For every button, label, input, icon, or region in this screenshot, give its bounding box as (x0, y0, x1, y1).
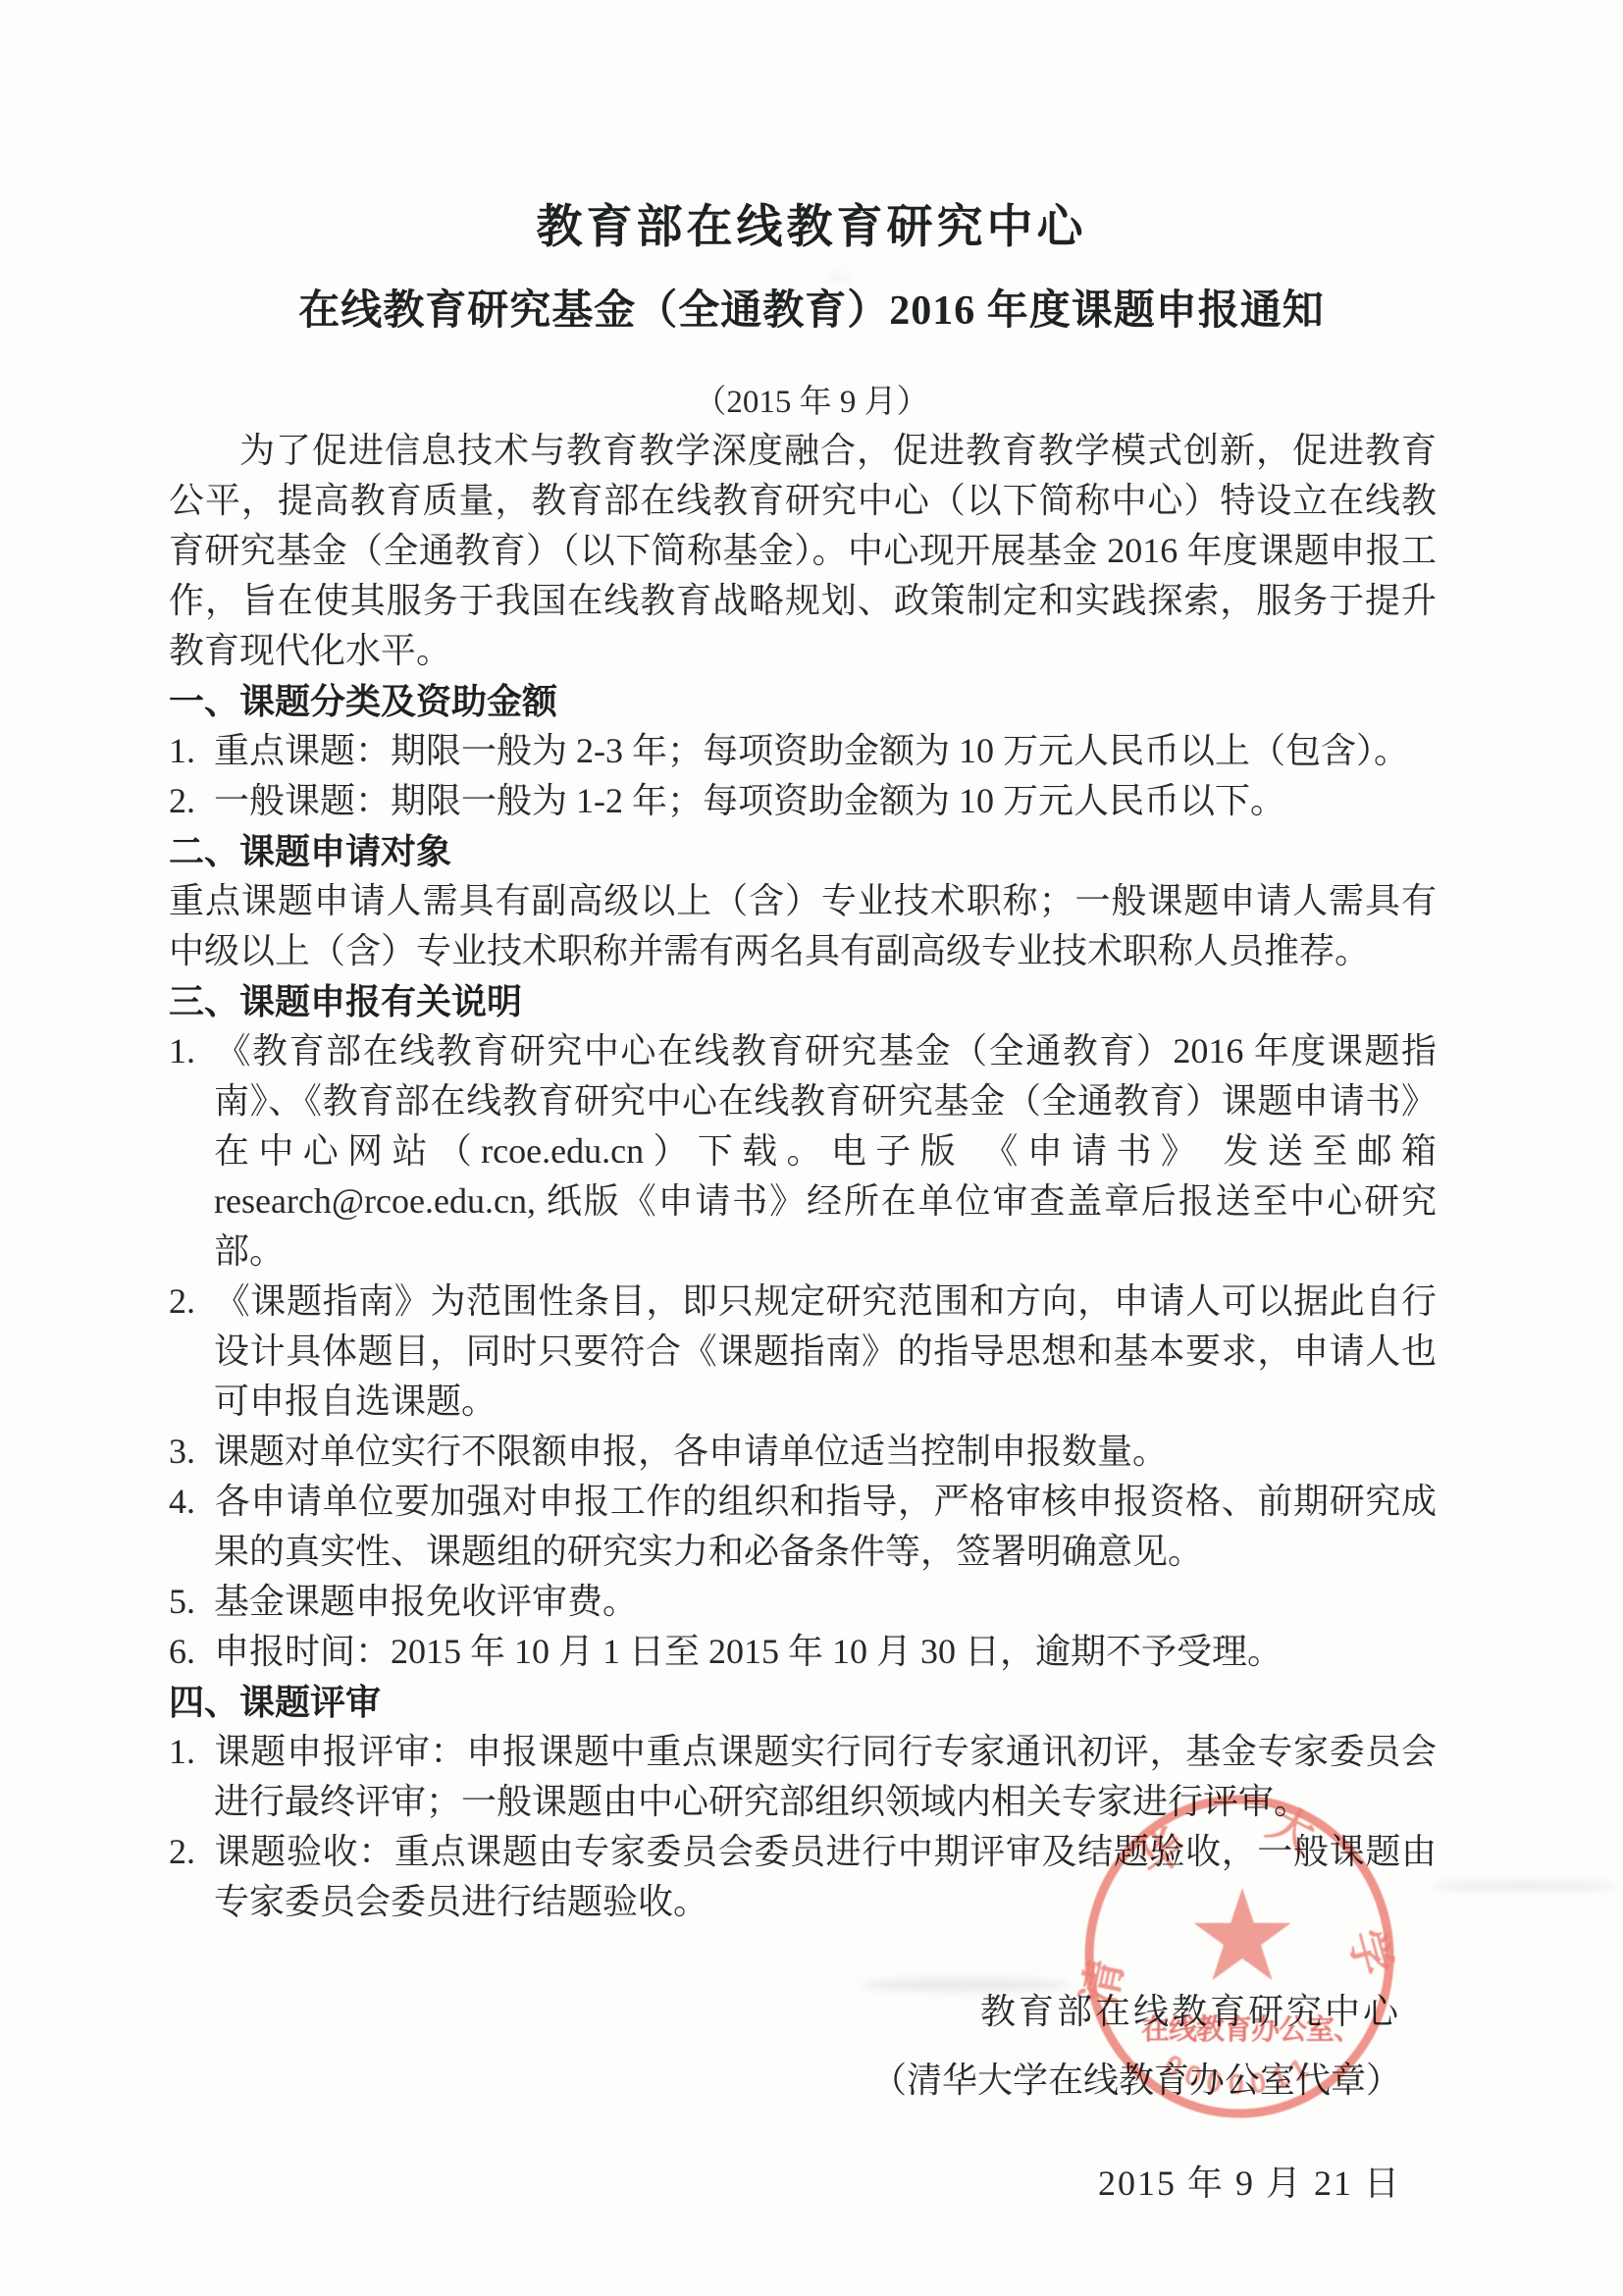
section-heading-3: 三、课题申报有关说明 (169, 976, 1437, 1026)
section-heading-1: 一、课题分类及资助金额 (169, 676, 1437, 726)
list-item: 5.基金课题申报免收评审费。 (169, 1577, 1437, 1627)
list-item-text: 《课题指南》为范围性条目，即只规定研究范围和方向，申请人可以据此自行设计具体题目… (214, 1281, 1437, 1421)
list-item-number: 2. (169, 1277, 214, 1327)
document-title: 教育部在线教育研究中心 (0, 190, 1623, 256)
list-item-text: 一般课题：期限一般为 1-2 年；每项资助金额为 10 万元人民币以下。 (214, 781, 1285, 820)
list-item-text: 《教育部在线教育研究中心在线教育研究基金（全通教育）2016 年度课题指南》、《… (214, 1031, 1437, 1271)
list-item-number: 6. (169, 1627, 214, 1677)
list-item-number: 1. (169, 726, 214, 776)
seal-star-icon (1194, 1888, 1291, 1980)
list-item-number: 1. (169, 1026, 214, 1076)
list-item-text: 基金课题申报免收评审费。 (214, 1582, 638, 1621)
list-item-number: 2. (169, 1827, 214, 1877)
list-item-number: 4. (169, 1477, 214, 1527)
list-item-number: 3. (169, 1427, 214, 1477)
intro-paragraph: 为了促进信息技术与教育教学深度融合，促进教育教学模式创新，促进教育公平，提高教育… (169, 426, 1437, 676)
scan-smudge (862, 1978, 1070, 1992)
seal-ring-char: 清 (1073, 1956, 1131, 2010)
seal-serial-number: 0000011 (1158, 2049, 1320, 2101)
list-item: 3.课题对单位实行不限额申报，各申请单位适当控制申报数量。 (169, 1427, 1437, 1477)
list-item-text: 课题对单位实行不限额申报，各申请单位适当控制申报数量。 (214, 1432, 1168, 1471)
list-item-number: 5. (169, 1577, 214, 1627)
list-item: 1.重点课题：期限一般为 2-3 年；每项资助金额为 10 万元人民币以上（包含… (169, 726, 1437, 776)
section-heading-4: 四、课题评审 (169, 1677, 1437, 1727)
section-heading-2: 二、课题申请对象 (169, 826, 1437, 876)
list-item: 2.《课题指南》为范围性条目，即只规定研究范围和方向，申请人可以据此自行设计具体… (169, 1277, 1437, 1427)
list-item: 4.各申请单位要加强对申报工作的组织和指导，严格审核申报资格、前期研究成果的真实… (169, 1477, 1437, 1577)
list-item: 2.一般课题：期限一般为 1-2 年；每项资助金额为 10 万元人民币以下。 (169, 776, 1437, 826)
document-dateline: （2015 年 9 月） (0, 376, 1623, 422)
list-item-number: 2. (169, 776, 214, 826)
scan-smudge (1431, 1880, 1617, 1892)
section-paragraph: 重点课题申请人需具有副高级以上（含）专业技术职称；一般课题申请人需具有中级以上（… (169, 876, 1437, 976)
document-subtitle: 在线教育研究基金（全通教育）2016 年度课题申报通知 (0, 278, 1623, 337)
signature-date: 2015 年 9 月 21 日 (714, 2156, 1401, 2206)
list-item: 6.申报时间：2015 年 10 月 1 日至 2015 年 10 月 30 日… (169, 1627, 1437, 1677)
seal-inner-text: 在线教育办公室、 (1141, 2012, 1361, 2046)
list-item-text: 重点课题：期限一般为 2-3 年；每项资助金额为 10 万元人民币以上（包含）。 (214, 731, 1409, 770)
document-page: 教育部在线教育研究中心 在线教育研究基金（全通教育）2016 年度课题申报通知 … (0, 0, 1623, 2296)
list-item-text: 申报时间：2015 年 10 月 1 日至 2015 年 10 月 30 日，逾… (214, 1632, 1283, 1671)
list-item: 1.《教育部在线教育研究中心在线教育研究基金（全通教育）2016 年度课题指南》… (169, 1026, 1437, 1277)
list-item-text: 各申请单位要加强对申报工作的组织和指导，严格审核申报资格、前期研究成果的真实性、… (214, 1482, 1437, 1571)
scan-smudge (826, 273, 852, 283)
seal-ring-char: 华 (1128, 1818, 1195, 1886)
document-body: 为了促进信息技术与教育教学深度融合，促进教育教学模式创新，促进教育公平，提高教育… (169, 426, 1437, 1927)
list-item-number: 1. (169, 1727, 214, 1777)
official-seal-stamp: 清 华 大 学 在线教育办公室、 0000011 (1067, 1782, 1412, 2131)
